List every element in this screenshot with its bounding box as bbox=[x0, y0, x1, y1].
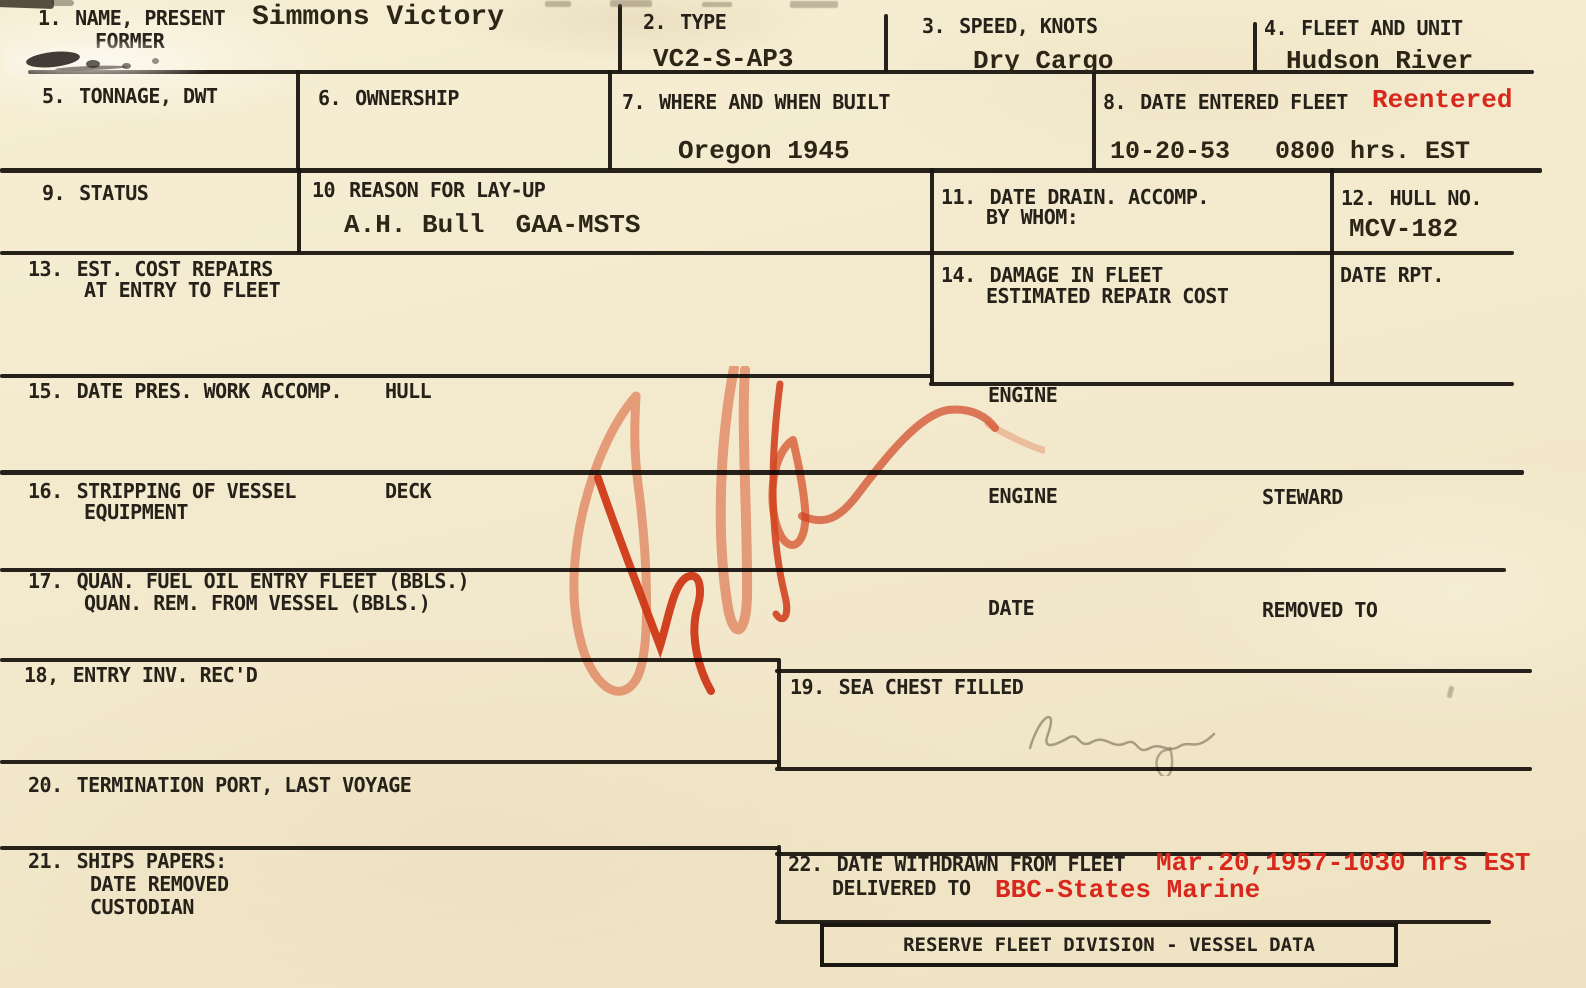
field-22-number: 22. bbox=[788, 854, 823, 875]
field-6-label: 6. OWNERSHIP bbox=[318, 88, 459, 109]
field-18-number: 18, bbox=[24, 665, 59, 686]
field-14-sublabel: ESTIMATED REPAIR COST bbox=[986, 286, 1228, 307]
field-21-sublabel-custodian: CUSTODIAN bbox=[90, 897, 194, 918]
grid-line bbox=[0, 470, 1524, 475]
grid-line bbox=[1330, 168, 1334, 384]
ghost-typing-mark bbox=[610, 0, 652, 7]
field-16-engine-label: ENGINE bbox=[988, 486, 1057, 507]
field-11-sublabel: BY WHOM: bbox=[986, 207, 1078, 228]
grid-line bbox=[884, 14, 888, 72]
stray-pencil-mark bbox=[1447, 686, 1455, 699]
ghost-typing-mark bbox=[545, 1, 571, 7]
grid-line bbox=[1253, 22, 1257, 72]
grid-line bbox=[0, 760, 779, 764]
field-2-value: VC2-S-AP3 bbox=[653, 44, 793, 74]
grid-line bbox=[297, 168, 301, 253]
field-15-engine-label: ENGINE bbox=[988, 385, 1057, 406]
field-7-label: 7. WHERE AND WHEN BUILT bbox=[622, 92, 890, 113]
field-13-sublabel: AT ENTRY TO FLEET bbox=[84, 280, 280, 301]
field-21-sublabel-date-removed: DATE REMOVED bbox=[90, 874, 229, 895]
pencil-signature bbox=[1018, 696, 1243, 776]
field-9-number: 9. bbox=[42, 183, 65, 204]
field-7-value: Oregon 1945 bbox=[678, 136, 850, 166]
field-15-label: 15. DATE PRES. WORK ACCOMP. bbox=[28, 381, 342, 402]
grid-line bbox=[0, 251, 1514, 255]
paper-tear-mark bbox=[0, 0, 54, 9]
field-12-label: 12. HULL NO. bbox=[1341, 188, 1482, 209]
field-12-number: 12. bbox=[1341, 188, 1376, 209]
grid-line bbox=[0, 168, 1542, 173]
grid-line bbox=[0, 658, 779, 662]
date-rpt-label: DATE RPT. bbox=[1340, 265, 1444, 286]
paper-tear-mark bbox=[52, 0, 74, 6]
footer-title: RESERVE FLEET DIVISION - VESSEL DATA bbox=[903, 934, 1315, 956]
field-17-number: 17. bbox=[28, 571, 63, 592]
grid-line bbox=[608, 70, 612, 170]
field-2-label: 2. TYPE bbox=[643, 12, 726, 33]
field-10-label: 10 REASON FOR LAY-UP bbox=[312, 180, 545, 201]
ghost-typing-mark bbox=[702, 2, 732, 7]
field-16-sublabel: EQUIPMENT bbox=[84, 502, 188, 523]
grid-line bbox=[930, 168, 934, 384]
field-5-number: 5. bbox=[42, 86, 65, 107]
field-13-label: 13. EST. COST REPAIRS bbox=[28, 259, 273, 280]
field-17-date-label: DATE bbox=[988, 598, 1034, 619]
grid-line bbox=[296, 70, 300, 170]
field-1-value: Simmons Victory bbox=[252, 2, 504, 33]
field-8-label: 8. DATE ENTERED FLEET bbox=[1103, 92, 1348, 113]
field-8-value: 10-20-53 0800 hrs. EST bbox=[1110, 137, 1470, 166]
field-2-number: 2. bbox=[643, 12, 666, 33]
field-16-steward-label: STEWARD bbox=[1262, 487, 1343, 508]
field-3-value: Dry Cargo bbox=[973, 46, 1113, 76]
field-17-sublabel: QUAN. REM. FROM VESSEL (BBLS.) bbox=[84, 593, 430, 614]
field-15-hull-label: HULL bbox=[385, 381, 431, 402]
field-20-number: 20. bbox=[28, 775, 63, 796]
field-14-number: 14. bbox=[941, 265, 976, 286]
field-19-number: 19. bbox=[790, 677, 825, 698]
field-14-label: 14. DAMAGE IN FLEET bbox=[941, 265, 1163, 286]
ink-smudge-mark bbox=[152, 58, 159, 64]
field-10-value: A.H. Bull GAA-MSTS bbox=[344, 210, 640, 240]
field-4-number: 4. bbox=[1264, 18, 1287, 39]
field-21-label: 21. SHIPS PAPERS: bbox=[28, 851, 227, 872]
field-20-label: 20. TERMINATION PORT, LAST VOYAGE bbox=[28, 775, 411, 796]
delivered-to-stamp: BBC-States Marine bbox=[995, 875, 1260, 905]
grid-line bbox=[618, 4, 622, 72]
field-13-number: 13. bbox=[28, 259, 63, 280]
field-5-label: 5. TONNAGE, DWT bbox=[42, 86, 218, 107]
grid-line bbox=[775, 767, 1532, 771]
field-6-number: 6. bbox=[318, 88, 341, 109]
grid-line bbox=[1092, 70, 1096, 170]
field-17-removed-to-label: REMOVED TO bbox=[1262, 600, 1377, 621]
ghost-typing-mark bbox=[790, 1, 838, 8]
field-4-label: 4. FLEET AND UNIT bbox=[1264, 18, 1463, 39]
field-22-delivered-to-label: DELIVERED TO bbox=[832, 878, 971, 899]
grid-line bbox=[777, 658, 781, 769]
withdrawn-date-stamp: Mar.20,1957-1030 hrs EST bbox=[1156, 848, 1530, 878]
footer-title-box: RESERVE FLEET DIVISION - VESSEL DATA bbox=[820, 923, 1398, 967]
field-22-label: 22. DATE WITHDRAWN FROM FLEET bbox=[788, 854, 1125, 875]
field-1-number: 1. bbox=[38, 8, 61, 29]
field-1-label: 1. NAME, PRESENT bbox=[38, 8, 225, 29]
field-1-sublabel: FORMER bbox=[95, 31, 164, 52]
field-16-label: 16. STRIPPING OF VESSEL bbox=[28, 481, 296, 502]
field-9-label: 9. STATUS bbox=[42, 183, 148, 204]
field-17-label: 17. QUAN. FUEL OIL ENTRY FLEET (BBLS.) bbox=[28, 571, 469, 592]
field-3-label: 3. SPEED, KNOTS bbox=[922, 16, 1098, 37]
field-11-number: 11. bbox=[941, 187, 976, 208]
field-16-number: 16. bbox=[28, 481, 63, 502]
field-12-value: MCV-182 bbox=[1349, 214, 1458, 244]
field-18-label: 18, ENTRY INV. REC'D bbox=[24, 665, 257, 686]
field-16-deck-label: DECK bbox=[385, 481, 431, 502]
field-21-number: 21. bbox=[28, 851, 63, 872]
field-3-number: 3. bbox=[922, 16, 945, 37]
field-10-number: 10 bbox=[312, 180, 335, 201]
reentered-stamp: Reentered bbox=[1372, 85, 1512, 115]
field-8-number: 8. bbox=[1103, 92, 1126, 113]
grid-line bbox=[777, 845, 781, 922]
vessel-data-card: 1. NAME, PRESENT FORMER Simmons Victory … bbox=[0, 0, 1586, 988]
grid-line bbox=[775, 669, 1532, 673]
field-19-label: 19. SEA CHEST FILLED bbox=[790, 677, 1023, 698]
grid-line bbox=[0, 374, 932, 378]
field-7-number: 7. bbox=[622, 92, 645, 113]
field-15-number: 15. bbox=[28, 381, 63, 402]
field-4-value: Hudson River bbox=[1286, 46, 1473, 76]
